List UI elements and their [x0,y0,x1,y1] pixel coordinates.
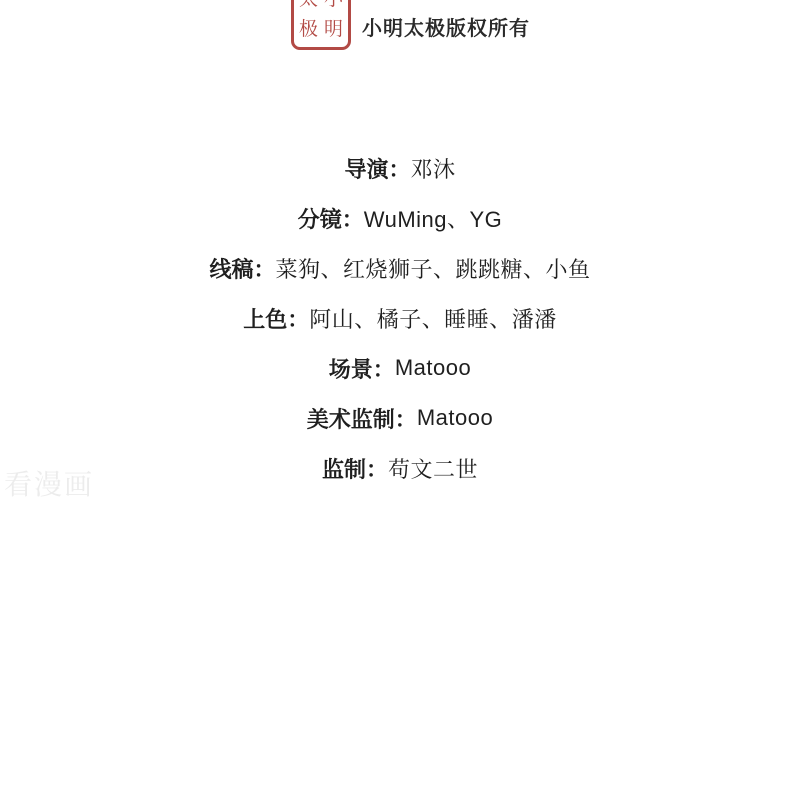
credit-value: 邓沐 [411,153,456,184]
credit-line-coloring: 上色：阿山、橘子、睡睡、潘潘 [0,293,800,343]
credit-colon: ： [373,353,395,384]
credit-label: 分镜 [298,203,342,234]
seal-char: 明 [324,20,343,39]
credit-line-director: 导演：邓沐 [0,143,800,193]
credit-colon: ： [342,203,364,234]
credits-list: 导演：邓沐 分镜：WuMing、YG 线稿：菜狗、红烧狮子、跳跳糖、小鱼 上色：… [0,143,800,493]
credit-value: Matooo [395,355,471,381]
credit-line-storyboard: 分镜：WuMing、YG [0,193,800,243]
seal-char: 小 [324,0,343,9]
credit-line-scenes: 场景：Matooo [0,343,800,393]
credit-label: 上色 [243,303,287,334]
credit-colon: ： [388,153,410,184]
credit-line-art-supervisor: 美术监制：Matooo [0,393,800,443]
credit-label: 线稿 [209,253,253,284]
credit-colon: ： [366,453,388,484]
credit-colon: ： [287,303,309,334]
comic-credits-page: 太 小 极 明 小明太极版权所有 导演：邓沐 分镜：WuMing、YG 线稿：菜… [0,0,800,800]
credit-value: 阿山、橘子、睡睡、潘潘 [309,303,557,334]
credit-label: 美术监制 [307,403,395,434]
credit-value: Matooo [417,405,493,431]
credit-line-lineart: 线稿：菜狗、红烧狮子、跳跳糖、小鱼 [0,243,800,293]
seal-char: 太 [299,0,318,9]
xiaoming-taiji-seal-icon: 太 小 极 明 [291,0,351,50]
credit-line-supervisor: 监制：苟文二世 [0,443,800,493]
credit-value: 菜狗、红烧狮子、跳跳糖、小鱼 [276,253,591,284]
copyright-text: 小明太极版权所有 [362,12,530,41]
watermark-text: 看漫画 [4,463,94,503]
seal-char: 极 [299,20,318,39]
credit-value: WuMing、YG [364,203,503,234]
credit-label: 场景 [329,353,373,384]
credit-label: 导演 [344,153,388,184]
credit-colon: ： [395,403,417,434]
credit-value: 苟文二世 [388,453,478,484]
credit-label: 监制 [322,453,366,484]
credit-colon: ： [253,253,275,284]
